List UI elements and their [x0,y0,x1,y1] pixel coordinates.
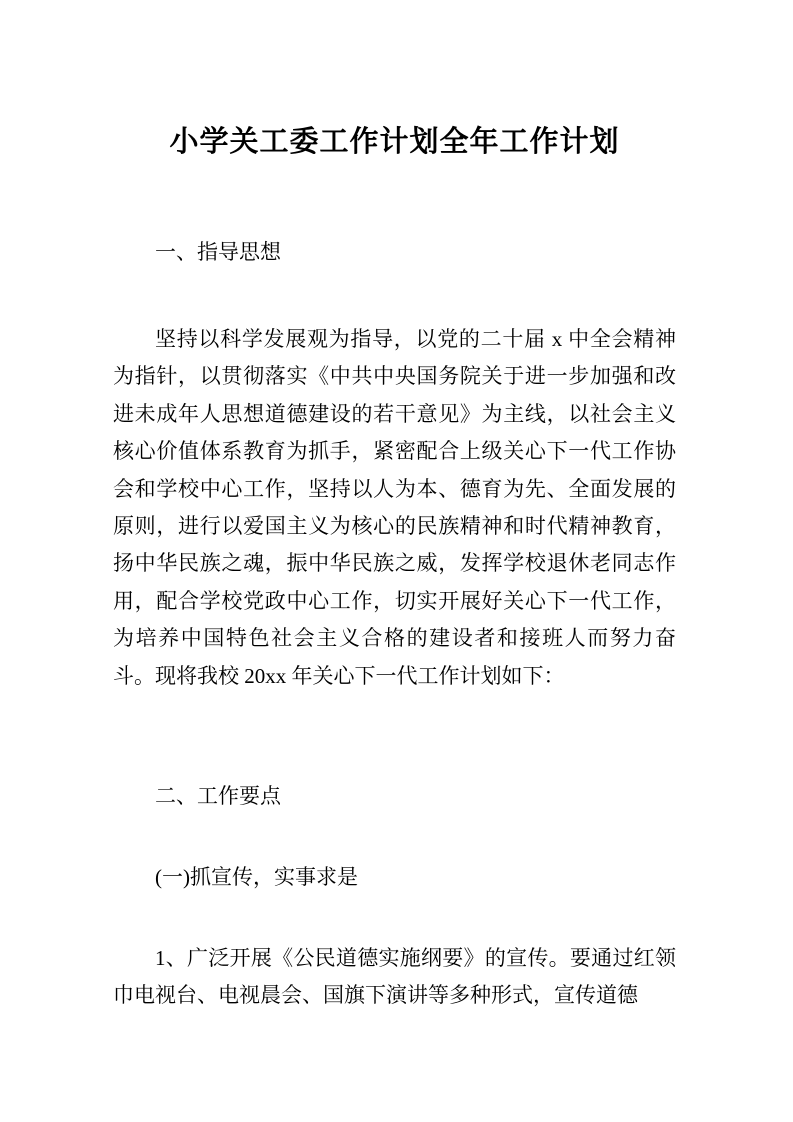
section-heading-guiding-ideology: 一、指导思想 [113,234,676,271]
section-heading-work-points: 二、工作要点 [113,778,676,815]
paragraph-guiding-ideology-body: 坚持以科学发展观为指导，以党的二十届 x 中全会精神为指针，以贯彻落实《中共中央… [113,321,676,695]
document-content: 小学关工委工作计划全年工作计划 一、指导思想 坚持以科学发展观为指导，以党的二十… [0,0,793,1015]
document-title: 小学关工委工作计划全年工作计划 [113,0,676,163]
section-heading-publicity: (一)抓宣传，实事求是 [113,859,676,896]
paragraph-publicity-item-1: 1、广泛开展《公民道德实施纲要》的宣传。要通过红领巾电视台、电视晨会、国旗下演讲… [113,940,676,1015]
document-page: 小学关工委工作计划全年工作计划 一、指导思想 坚持以科学发展观为指导，以党的二十… [0,0,793,1122]
